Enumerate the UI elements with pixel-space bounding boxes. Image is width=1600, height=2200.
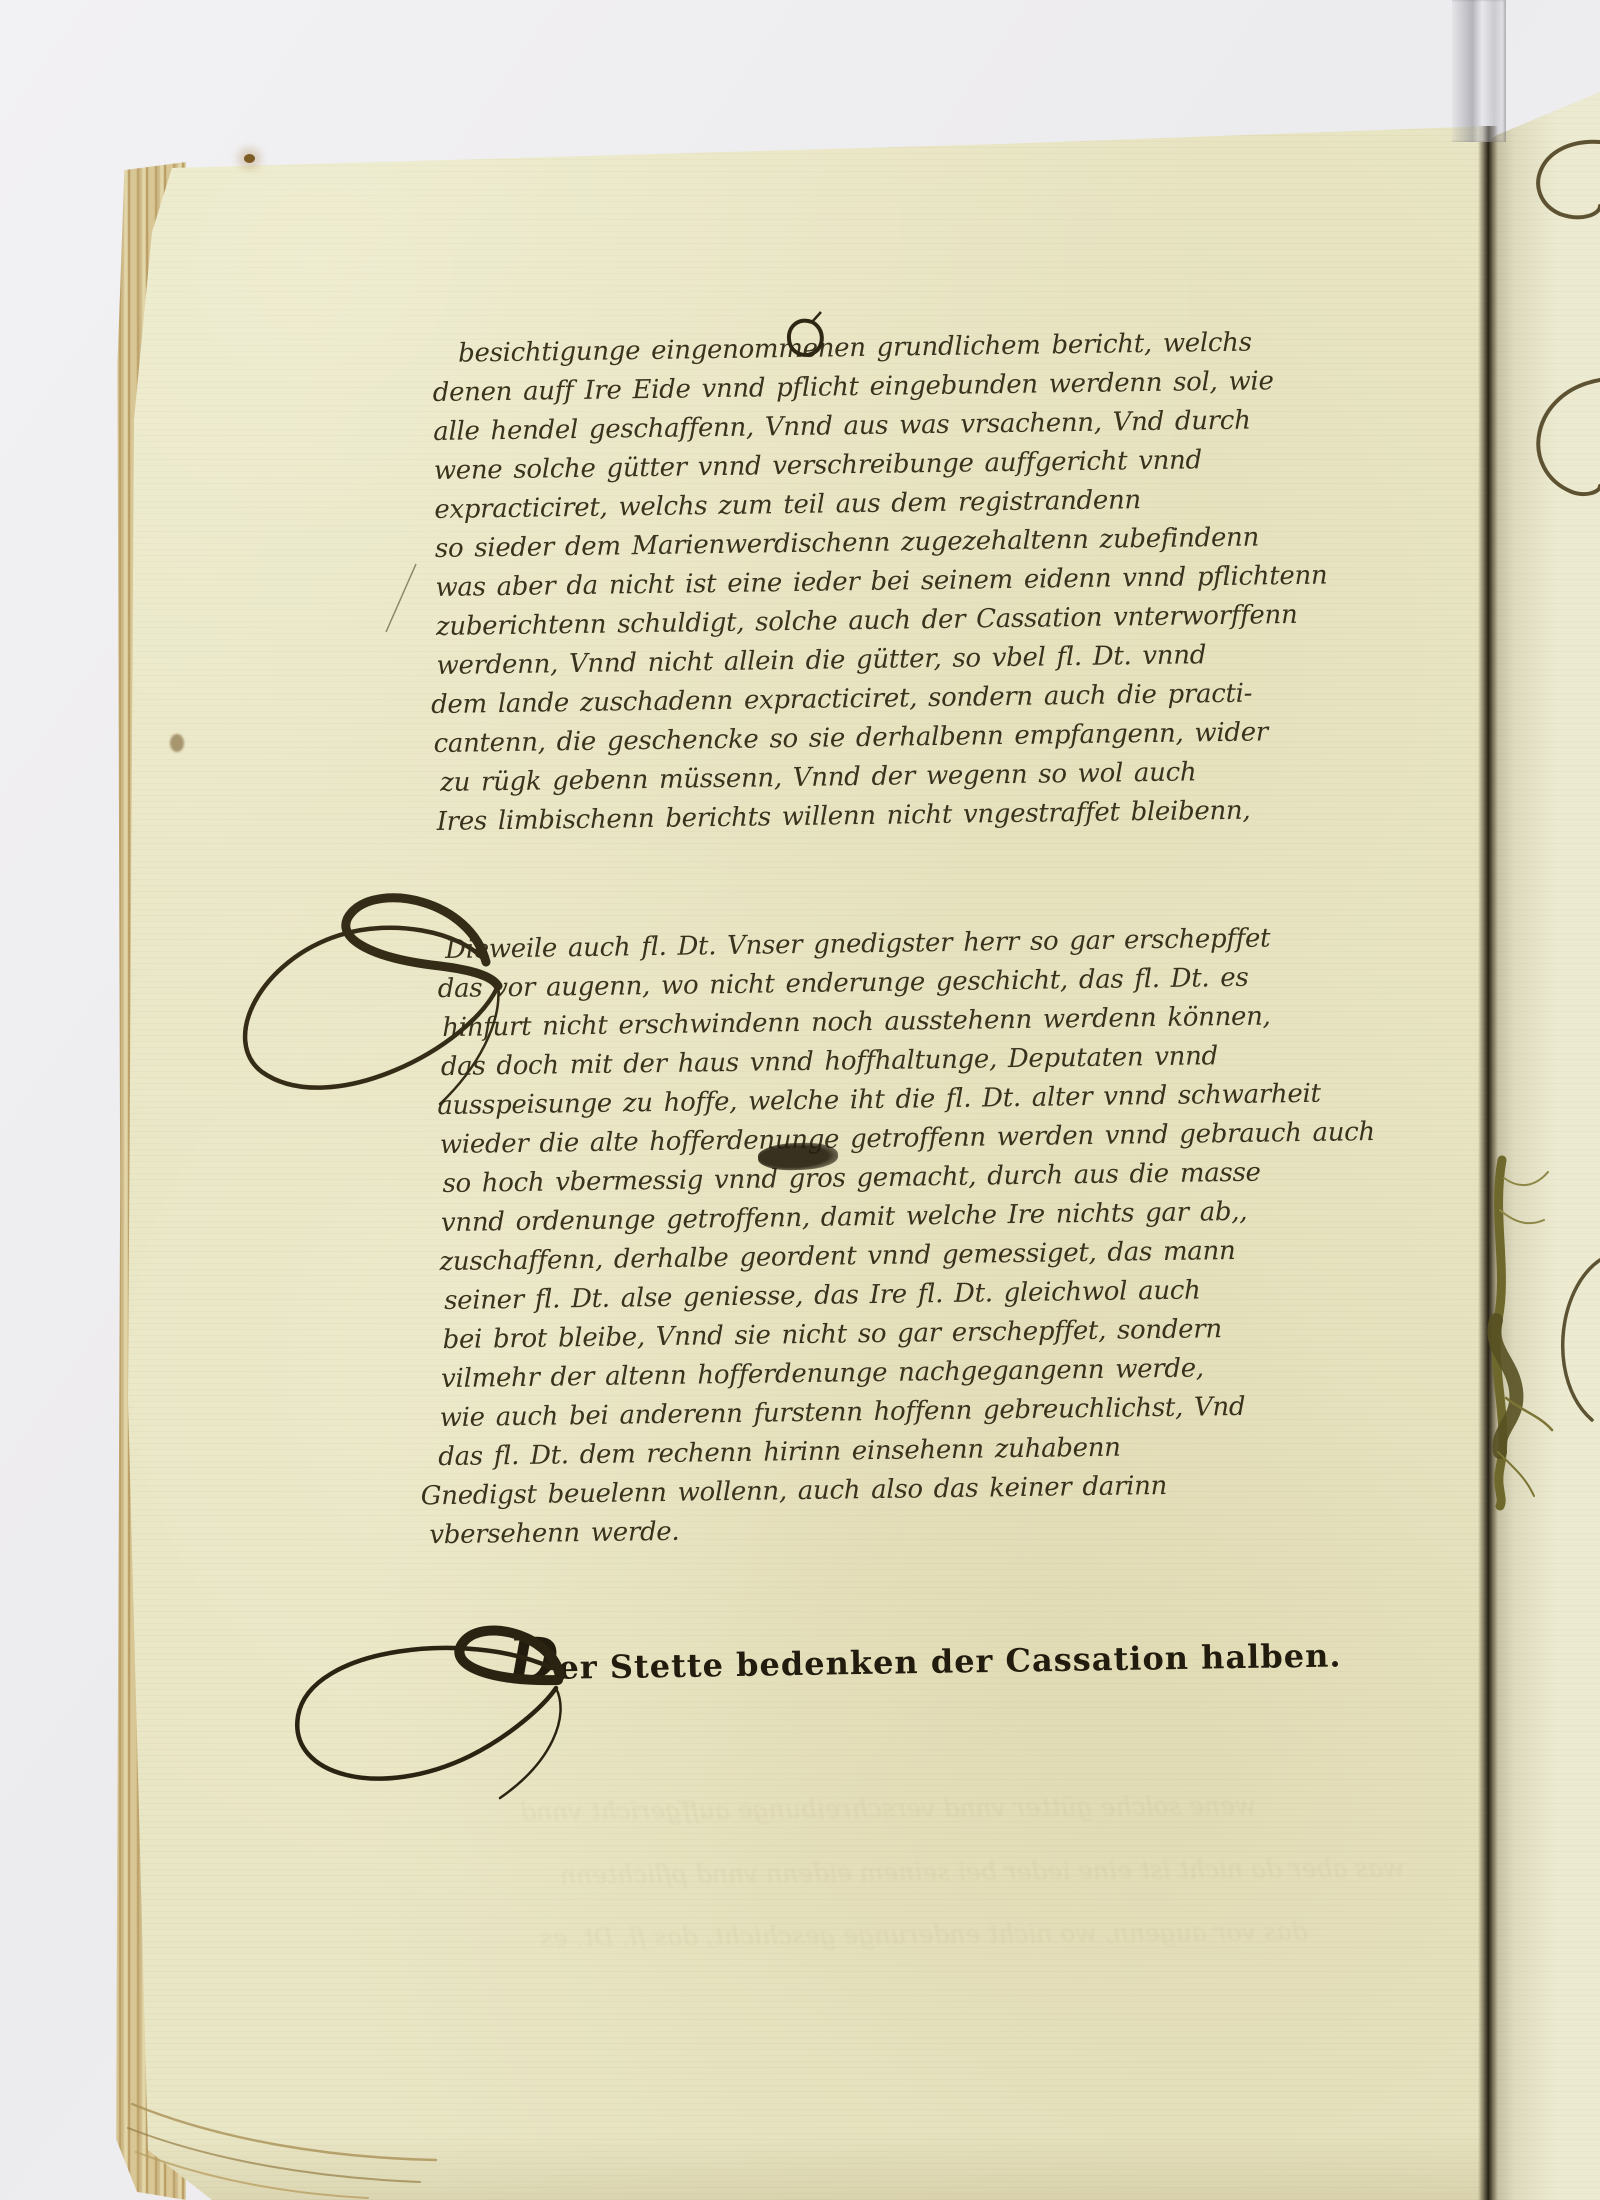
foxing-spot (244, 154, 255, 163)
plastic-strip (1452, 0, 1506, 142)
manuscript-line: vbersehenn werde. (429, 1518, 679, 1550)
manuscript-photo: besichtigunge eingenommenen grundlichem … (0, 0, 1600, 2200)
gutter-fold (1478, 126, 1498, 2200)
heading-initial: D (508, 1625, 559, 1694)
showthrough-line: wene solche gütter vnnd verschreibunge a… (520, 1792, 1257, 1826)
facing-page-sliver (1490, 0, 1600, 2200)
ink-stain (170, 734, 184, 752)
